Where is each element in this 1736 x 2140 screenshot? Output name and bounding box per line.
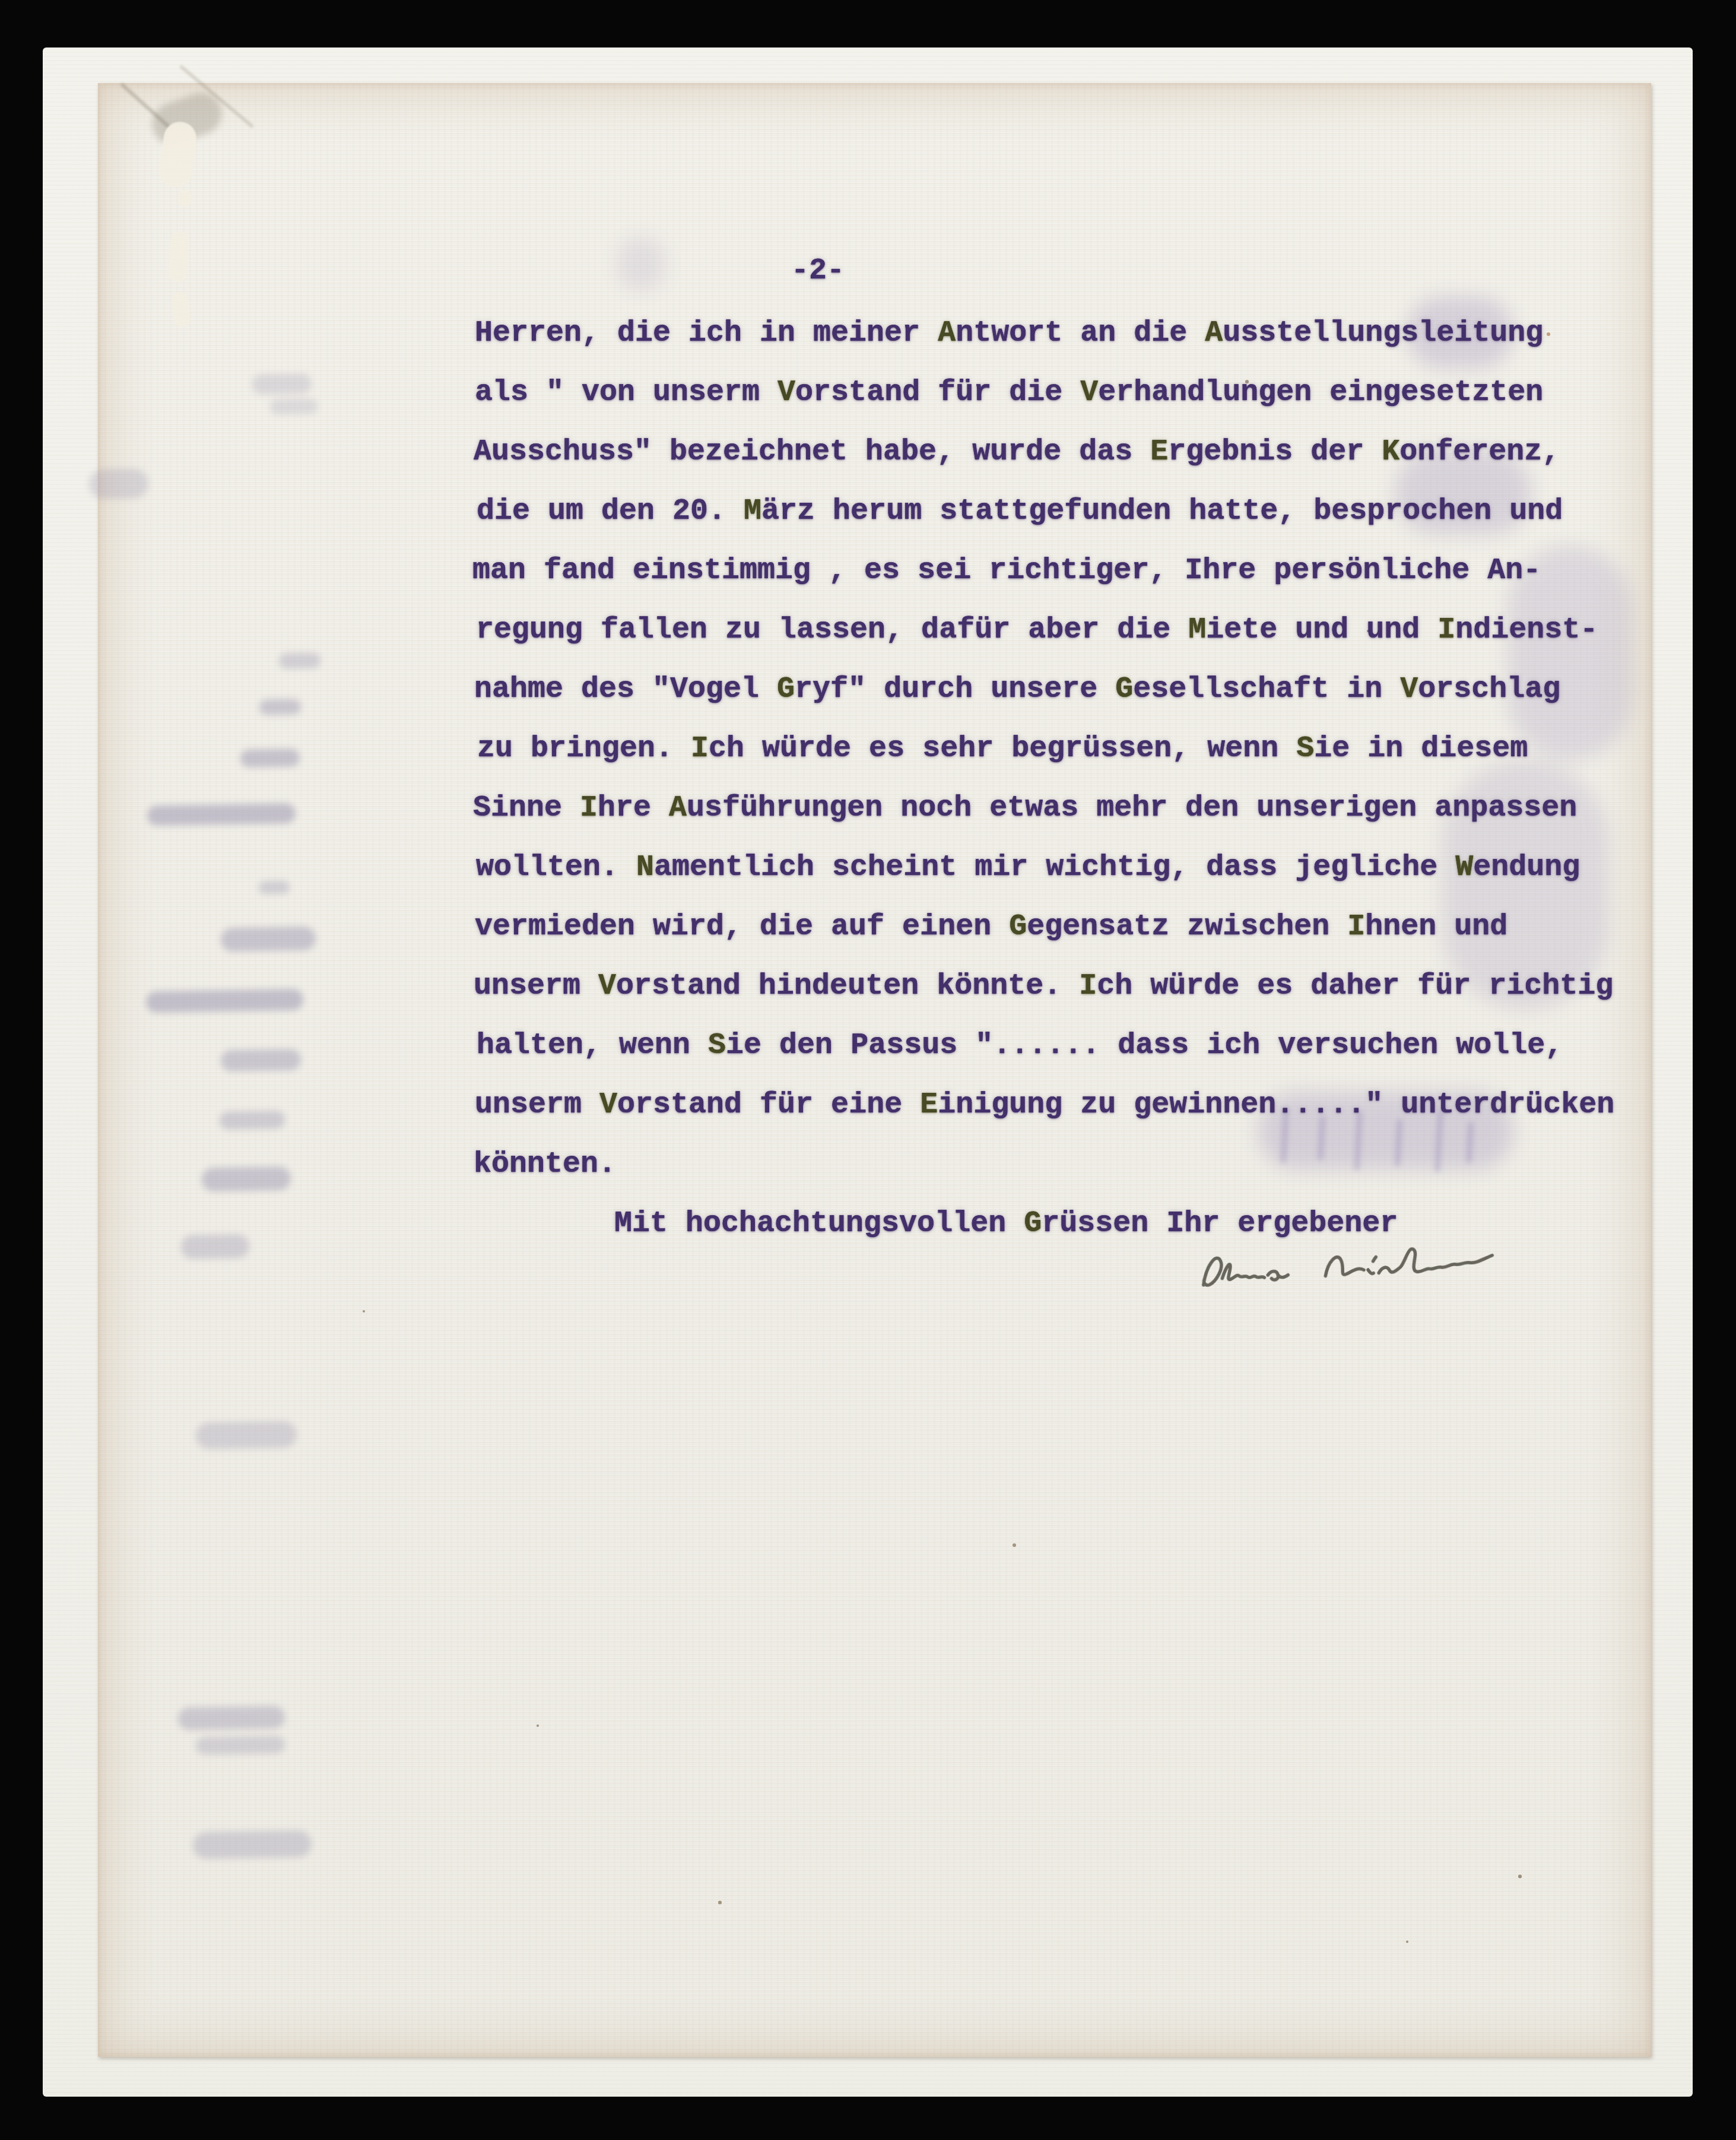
typed-line-4: die um den 20. März herum stattgefunden …	[477, 497, 1563, 527]
olive-capital: M	[744, 494, 761, 528]
olive-capital: E	[1150, 435, 1168, 469]
typed-line-12: unserm Vorstand hindeuten könnte. Ich wü…	[474, 972, 1613, 1001]
typed-line-5: man fand einstimmig , es sei richtiger, …	[472, 556, 1541, 586]
olive-capital: A	[669, 791, 687, 825]
olive-capital: A	[938, 316, 956, 350]
typed-line-9: Sinne Ihre Ausführungen noch etwas mehr …	[473, 794, 1577, 823]
olive-capital: G	[1009, 910, 1027, 944]
olive-capital: K	[1382, 435, 1399, 469]
olive-capital: G	[777, 673, 795, 706]
handwritten-signature-icon	[1189, 1231, 1515, 1310]
typed-line-10: wollten. Namentlich scheint mir wichtig,…	[476, 853, 1580, 883]
olive-capital: I	[1347, 910, 1365, 944]
olive-capital: V	[1080, 376, 1098, 410]
typed-line-14: unserm Vorstand für eine Einigung zu gew…	[475, 1090, 1614, 1120]
typed-line-6: regung fallen zu lassen, dafür aber die …	[476, 616, 1598, 645]
olive-capital: I	[580, 791, 598, 825]
olive-capital: A	[1205, 316, 1223, 350]
olive-capital: S	[708, 1029, 726, 1063]
paper-specks	[0, 0, 1, 1]
typed-line-15: könnten.	[474, 1150, 616, 1180]
olive-capital: W	[1455, 851, 1473, 884]
olive-capital: V	[598, 969, 616, 1003]
olive-capital: V	[1400, 673, 1418, 706]
olive-capital: E	[920, 1088, 938, 1122]
olive-capital: V	[777, 376, 795, 410]
page-number: -2-	[791, 256, 845, 286]
olive-capital: G	[1115, 673, 1133, 706]
olive-capital: I	[1079, 969, 1097, 1003]
olive-capital: S	[1296, 732, 1314, 766]
typed-line-2: als " von unserm Vorstand für die Verhan…	[475, 378, 1543, 408]
typed-line-11: vermieden wird, die auf einen Gegensatz …	[475, 912, 1508, 942]
typed-line-7: nahme des "Vogel Gryf" durch unsere Gese…	[474, 675, 1560, 705]
typed-line-3: Ausschuss" bezeichnet habe, wurde das Er…	[474, 437, 1560, 467]
olive-capital: I	[691, 732, 709, 766]
typed-line-13: halten, wenn Sie den Passus "...... dass…	[477, 1031, 1563, 1061]
olive-capital: M	[1188, 613, 1206, 647]
typed-line-16: Mit hochachtungsvollen Grüssen Ihr ergeb…	[472, 1209, 1398, 1239]
olive-capital: I	[1437, 613, 1455, 647]
scanned-letter-page: -2- Herren, die ich in meiner Antwort an…	[0, 0, 1736, 2140]
typed-line-8: zu bringen. Ich würde es sehr begrüssen,…	[477, 734, 1528, 764]
typed-line-1: Herren, die ich in meiner Antwort an die…	[475, 319, 1543, 348]
olive-capital: V	[599, 1088, 617, 1122]
olive-capital: G	[1024, 1207, 1042, 1241]
olive-capital: N	[636, 851, 654, 884]
